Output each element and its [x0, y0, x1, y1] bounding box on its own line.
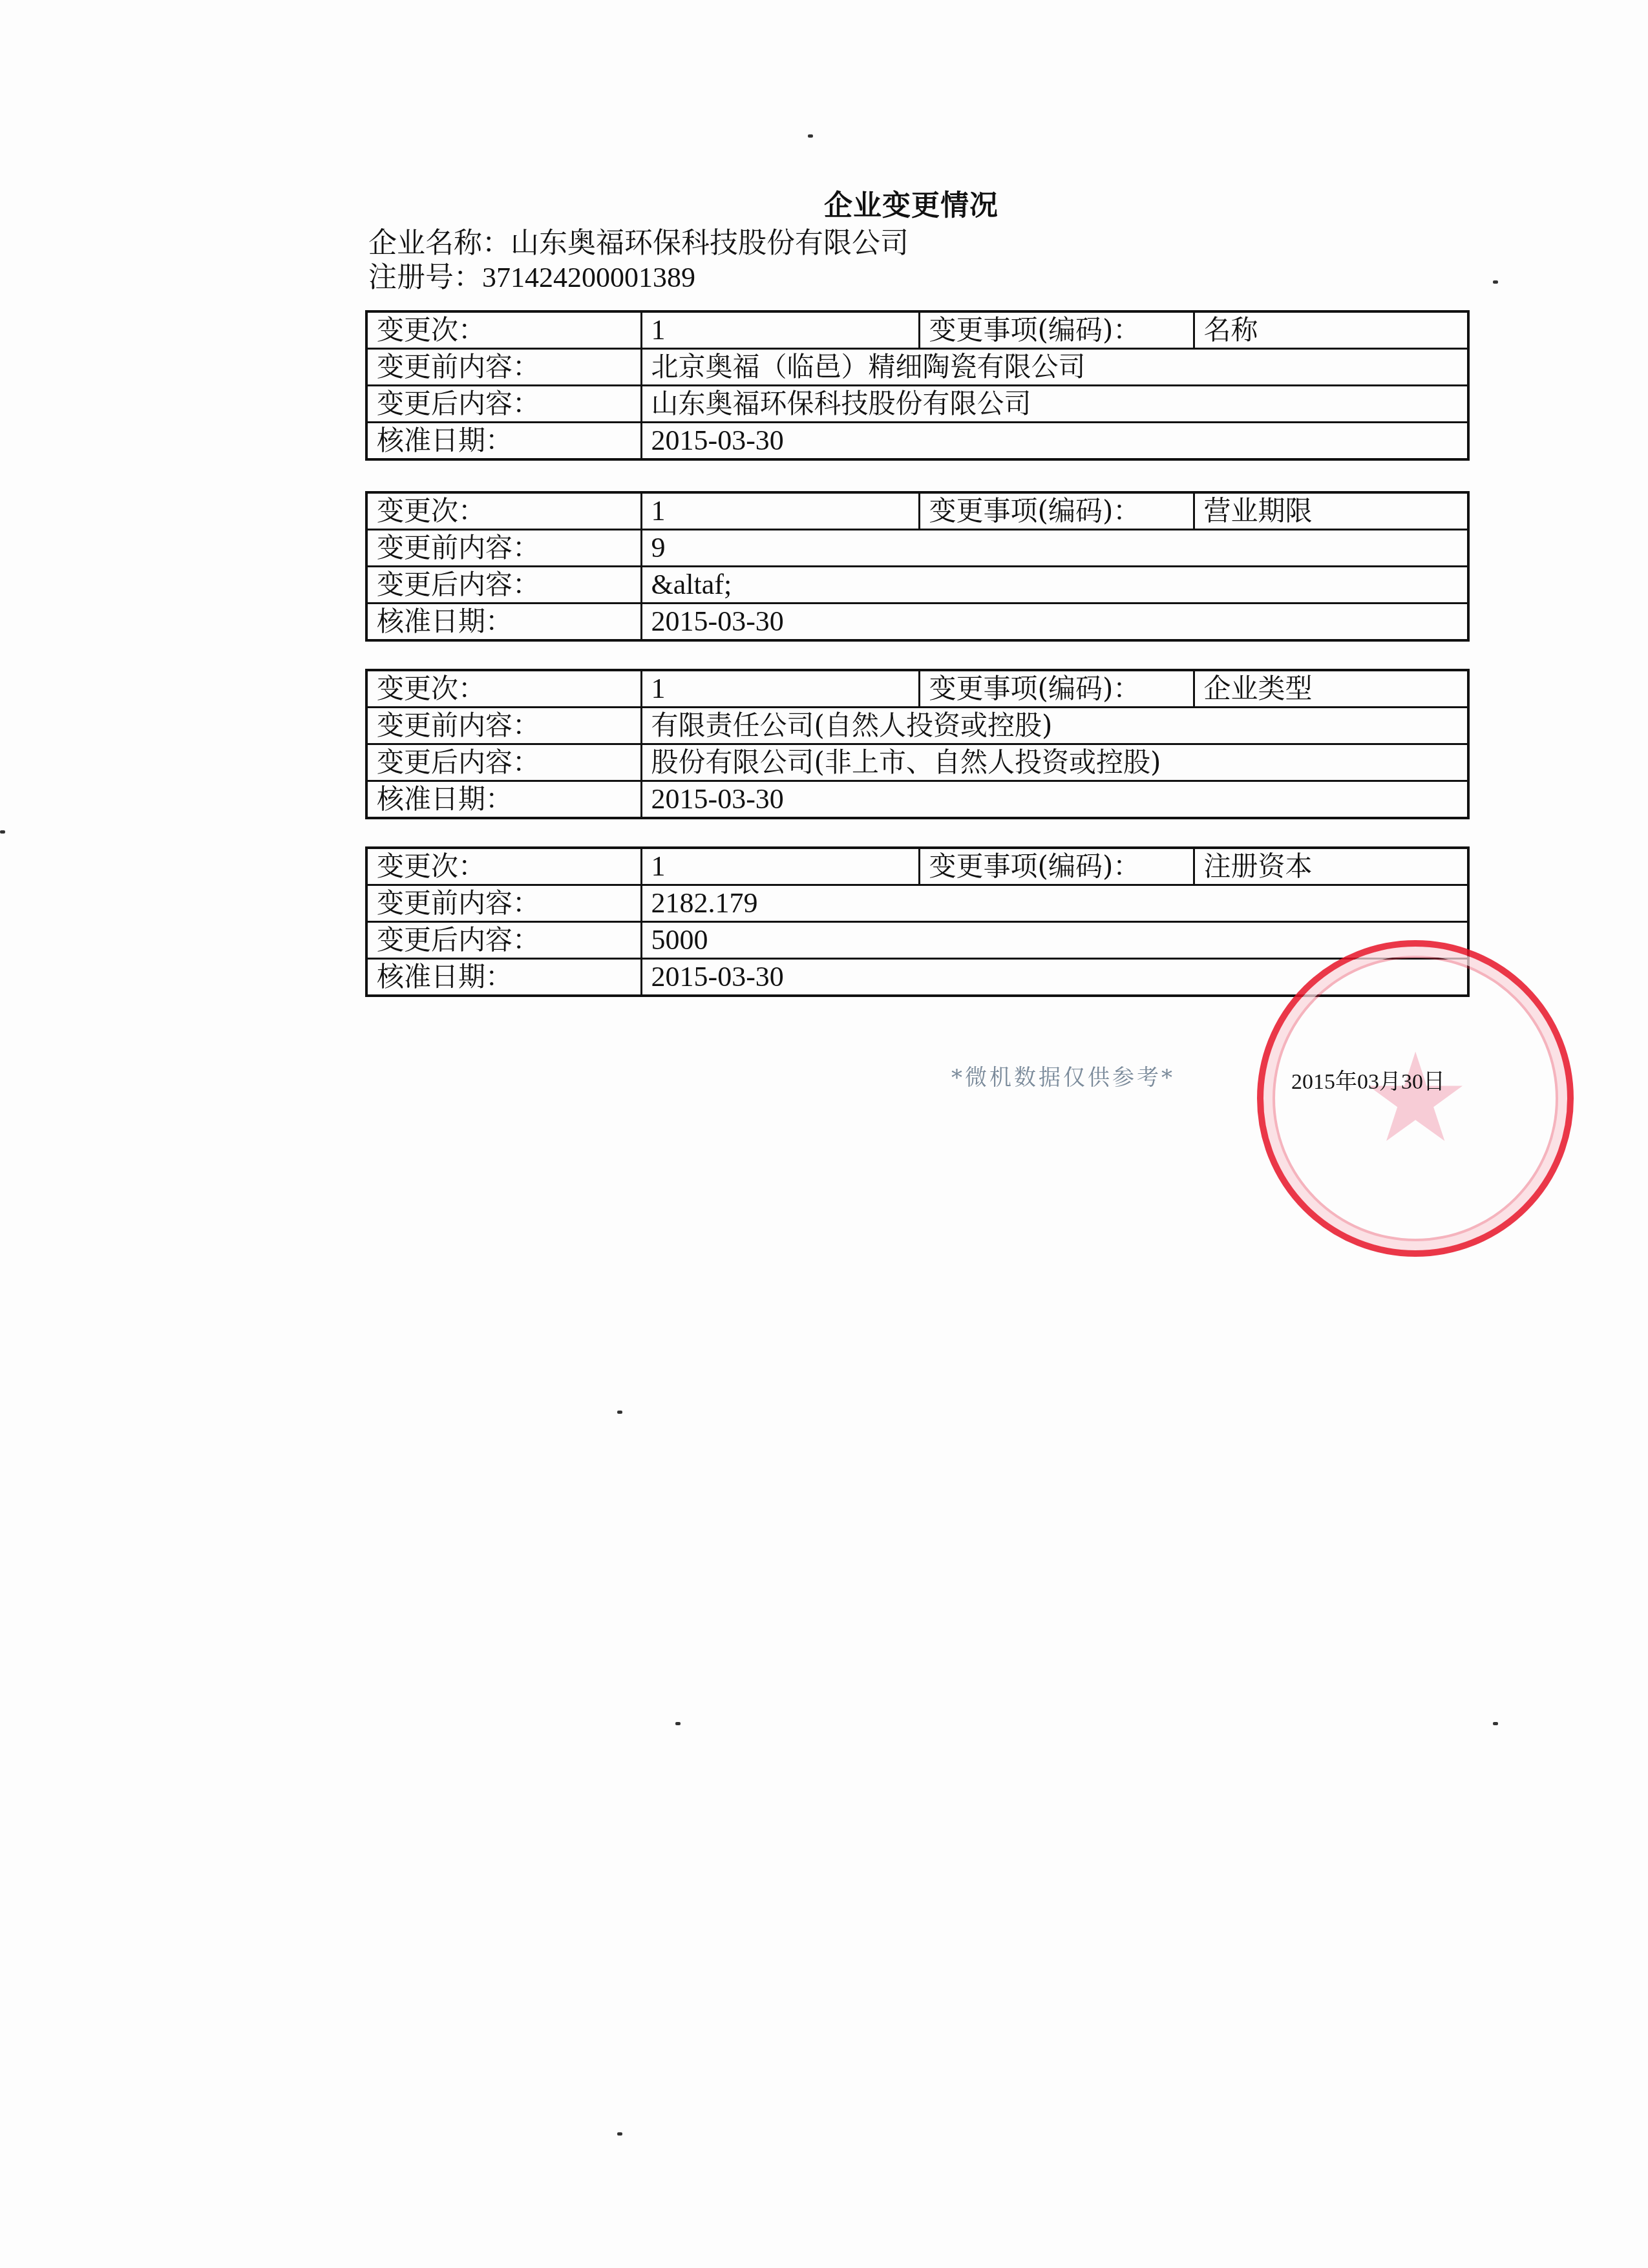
before-label: 变更前内容： — [366, 885, 641, 922]
after-value: 山东奥福环保科技股份有限公司 — [641, 386, 1468, 423]
change-no-value: 1 — [641, 848, 919, 885]
before-value: 2182.179 — [641, 885, 1468, 922]
after-label: 变更后内容： — [366, 567, 641, 604]
registration-number-line: 注册号：371424200001389 — [368, 254, 695, 295]
registration-number-label: 注册号： — [368, 261, 482, 294]
change-no-value: 1 — [641, 670, 919, 708]
change-no-label: 变更次： — [366, 848, 641, 885]
change-item-value: 企业类型 — [1194, 670, 1468, 708]
table-row: 变更后内容： 山东奥福环保科技股份有限公司 — [366, 386, 1468, 423]
table-row: 变更后内容： &altaf; — [366, 567, 1468, 604]
stamp-date: 2015年03月30日 — [1291, 1064, 1445, 1095]
scan-speck — [675, 1722, 681, 1725]
change-no-value: 1 — [641, 492, 919, 530]
official-seal-stamp: ★ — [1257, 940, 1574, 1257]
scan-speck — [1493, 1722, 1498, 1725]
table-row: 核准日期： 2015-03-30 — [366, 604, 1468, 641]
change-item-label: 变更事项(编码)： — [919, 848, 1194, 885]
table-row: 核准日期： 2015-03-30 — [366, 423, 1468, 460]
change-record-table: 变更次： 1 变更事项(编码)： 名称 变更前内容： 北京奥福（临邑）精细陶瓷有… — [365, 310, 1470, 461]
scan-speck — [617, 2132, 622, 2136]
before-value: 有限责任公司(自然人投资或控股) — [641, 708, 1468, 744]
scan-speck — [617, 1411, 622, 1414]
change-no-label: 变更次： — [366, 670, 641, 708]
approval-date-label: 核准日期： — [366, 423, 641, 460]
approval-date-label: 核准日期： — [366, 781, 641, 819]
before-value: 北京奥福（临邑）精细陶瓷有限公司 — [641, 349, 1468, 386]
before-label: 变更前内容： — [366, 530, 641, 567]
change-item-value: 注册资本 — [1194, 848, 1468, 885]
approval-date-label: 核准日期： — [366, 959, 641, 996]
after-value: &altaf; — [641, 567, 1468, 604]
change-item-label: 变更事项(编码)： — [919, 311, 1194, 349]
after-value: 股份有限公司(非上市、自然人投资或控股) — [641, 744, 1468, 781]
scan-speck — [1493, 280, 1498, 284]
approval-date-label: 核准日期： — [366, 604, 641, 641]
change-record-table: 变更次： 1 变更事项(编码)： 企业类型 变更前内容： 有限责任公司(自然人投… — [365, 669, 1470, 819]
change-no-value: 1 — [641, 311, 919, 349]
before-label: 变更前内容： — [366, 349, 641, 386]
table-row: 变更后内容： 股份有限公司(非上市、自然人投资或控股) — [366, 744, 1468, 781]
after-label: 变更后内容： — [366, 386, 641, 423]
approval-date-value: 2015-03-30 — [641, 781, 1468, 819]
reference-only-note: *微机数据仅供参考* — [951, 1060, 1175, 1091]
table-row: 变更次： 1 变更事项(编码)： 营业期限 — [366, 492, 1468, 530]
change-item-value: 营业期限 — [1194, 492, 1468, 530]
table-row: 核准日期： 2015-03-30 — [366, 781, 1468, 819]
scan-speck — [808, 134, 813, 138]
table-row: 变更前内容： 2182.179 — [366, 885, 1468, 922]
change-item-label: 变更事项(编码)： — [919, 492, 1194, 530]
after-value: 5000 — [641, 922, 1468, 959]
table-row: 变更次： 1 变更事项(编码)： 企业类型 — [366, 670, 1468, 708]
after-label: 变更后内容： — [366, 744, 641, 781]
table-row: 变更后内容： 5000 — [366, 922, 1468, 959]
change-record-table: 变更次： 1 变更事项(编码)： 注册资本 变更前内容： 2182.179 变更… — [365, 846, 1470, 997]
approval-date-value: 2015-03-30 — [641, 423, 1468, 460]
seal-star-icon: ★ — [1360, 1037, 1470, 1160]
table-row: 变更次： 1 变更事项(编码)： 注册资本 — [366, 848, 1468, 885]
change-item-value: 名称 — [1194, 311, 1468, 349]
after-label: 变更后内容： — [366, 922, 641, 959]
registration-number-value: 371424200001389 — [482, 262, 695, 293]
change-item-label: 变更事项(编码)： — [919, 670, 1194, 708]
change-record-table: 变更次： 1 变更事项(编码)： 营业期限 变更前内容： 9 变更后内容： &a… — [365, 491, 1470, 642]
scan-speck — [0, 830, 5, 834]
table-row: 变更前内容： 9 — [366, 530, 1468, 567]
document-title: 企业变更情况 — [824, 182, 998, 224]
before-label: 变更前内容： — [366, 708, 641, 744]
table-row: 变更次： 1 变更事项(编码)： 名称 — [366, 311, 1468, 349]
change-no-label: 变更次： — [366, 492, 641, 530]
table-row: 变更前内容： 有限责任公司(自然人投资或控股) — [366, 708, 1468, 744]
change-no-label: 变更次： — [366, 311, 641, 349]
table-row: 变更前内容： 北京奥福（临邑）精细陶瓷有限公司 — [366, 349, 1468, 386]
approval-date-value: 2015-03-30 — [641, 604, 1468, 641]
before-value: 9 — [641, 530, 1468, 567]
